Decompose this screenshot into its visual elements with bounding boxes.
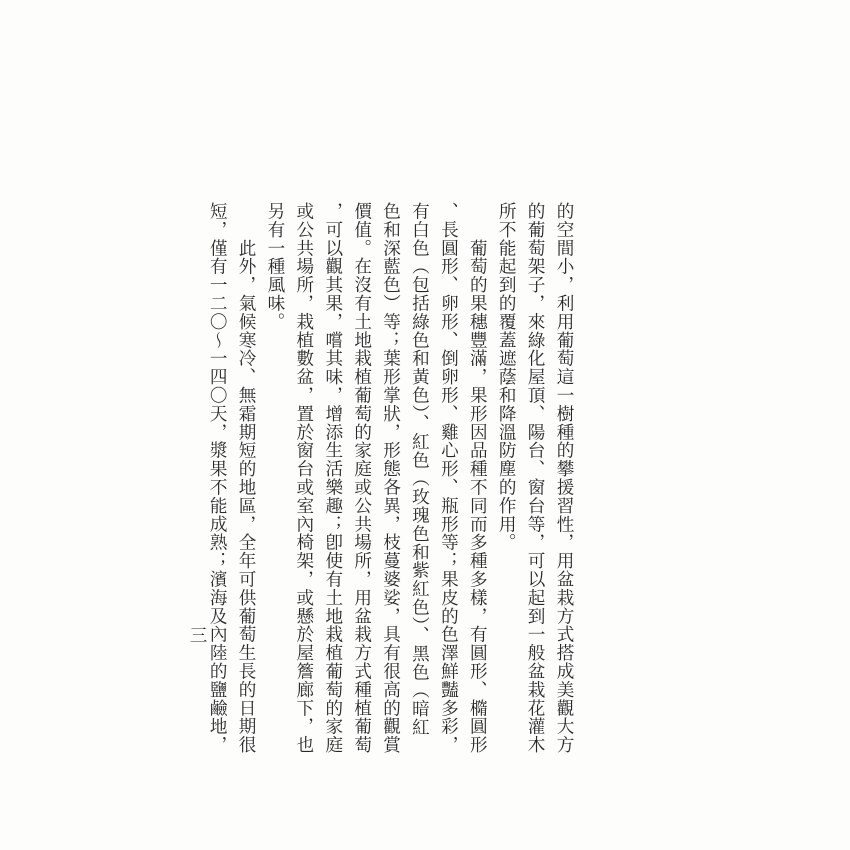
text-column: 短，僅有一二〇～一四〇天，漿果不能成熟；濱海及內陸的鹽鹼地，: [202, 202, 231, 760]
text-column: 的空間小，利用葡萄這一樹種的攀援習性，用盆栽方式搭成美觀大方: [549, 202, 578, 760]
body-text: 的空間小，利用葡萄這一樹種的攀援習性，用盆栽方式搭成美觀大方 的葡萄架子，來綠化…: [202, 202, 578, 760]
text-column: ，可以觀其果，嚐其味，增添生活樂趣；卽使有土地栽植葡萄的家庭: [318, 202, 347, 760]
text-column: 價值。在沒有土地栽植葡萄的家庭或公共場所，用盆栽方式種植葡萄: [347, 202, 376, 760]
text-column: 色和深藍色）等；葉形掌狀，形態各異，枝蔓婆娑，具有很高的觀賞: [376, 202, 405, 760]
text-column: 或公共場所，栽植數盆，置於窗台或室內椅架，或懸於屋簷廊下，也: [289, 202, 318, 760]
text-column: 另有一種風味。: [260, 202, 289, 760]
text-column: 的葡萄架子，來綠化屋頂、陽台、窗台等，可以起到一般盆栽花灌木: [520, 202, 549, 760]
text-column: 此外，氣候寒冷、無霜期短的地區，全年可供葡萄生長的日期很: [231, 202, 260, 760]
text-column: 所不能起到的覆蓋遮蔭和降溫防塵的作用。: [491, 202, 520, 760]
text-column: 、長圓形、卵形、倒卵形、雞心形、瓶形等；果皮的色澤鮮豔多彩，: [433, 202, 462, 760]
text-column: 有白色（包括綠色和黃色）、紅色（玫瑰色和紫紅色）、黑色（暗紅: [405, 202, 434, 760]
page-number: 三: [185, 626, 210, 644]
book-page: 的空間小，利用葡萄這一樹種的攀援習性，用盆栽方式搭成美觀大方 的葡萄架子，來綠化…: [0, 0, 850, 850]
text-column: 葡萄的果穗豐滿，果形因品種不同而多種多樣，有圓形、橢圓形: [462, 202, 491, 760]
